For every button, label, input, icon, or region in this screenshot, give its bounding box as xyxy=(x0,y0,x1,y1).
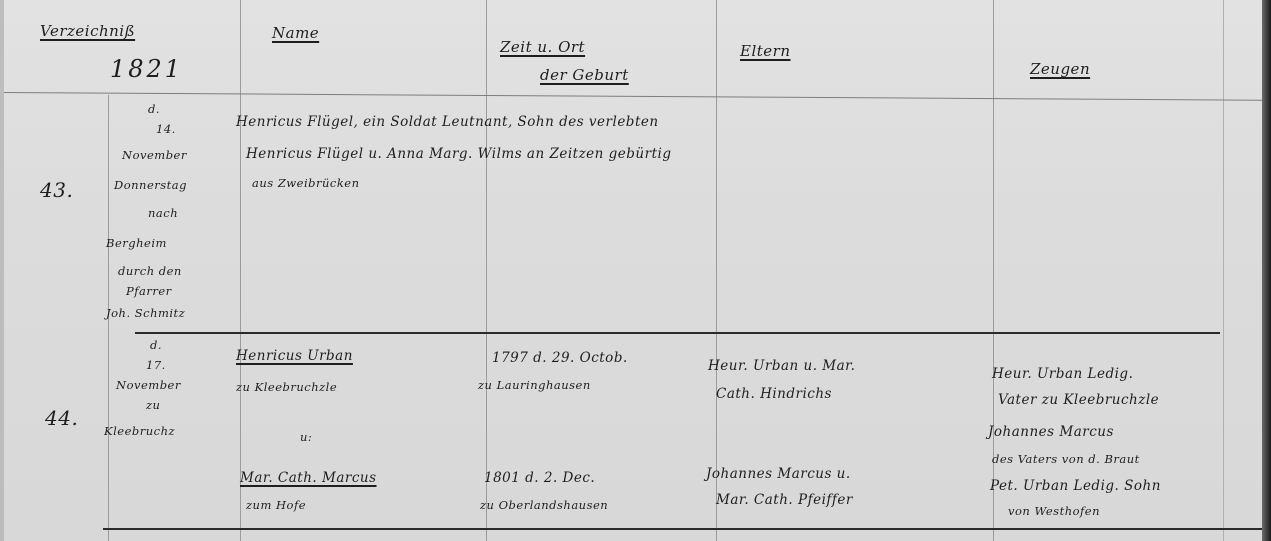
column-rule xyxy=(240,0,241,541)
conjunction: u: xyxy=(300,430,312,444)
header-witnesses-label: Zeugen xyxy=(1030,60,1090,78)
column-rule xyxy=(716,0,717,541)
entry-date-line: 17. xyxy=(146,358,166,372)
entry-separator xyxy=(135,332,1220,334)
entry-date-line: Donnerstag xyxy=(114,178,187,192)
bride-birth-date: 1801 d. 2. Dec. xyxy=(484,470,595,486)
bride-parents-line: Johannes Marcus u. xyxy=(706,466,851,482)
bride-parents-line: Mar. Cath. Pfeiffer xyxy=(716,492,853,508)
header-rule xyxy=(0,92,1262,101)
witness-line: von Westhofen xyxy=(1008,504,1100,518)
entry-date-line: nach xyxy=(148,206,178,220)
witness-line: Johannes Marcus xyxy=(988,424,1114,440)
entry-date-line: Bergheim xyxy=(106,236,167,250)
witness-line: Vater zu Kleebruchzle xyxy=(998,392,1159,408)
entry-date-line: Kleebruchz xyxy=(104,424,175,438)
witness-line: des Vaters von d. Braut xyxy=(992,452,1140,466)
groom-name: Henricus Urban xyxy=(236,348,353,364)
entry-number: 43. xyxy=(40,178,73,202)
header-birth-label: Zeit u. Ort xyxy=(500,38,585,56)
header-name-label: Name xyxy=(272,24,319,42)
entry-date-line: November xyxy=(116,378,181,392)
column-rule xyxy=(486,0,487,541)
entry-name-line: Henricus Flügel u. Anna Marg. Wilms an Z… xyxy=(246,146,671,162)
groom-place: zu Kleebruchzle xyxy=(236,380,337,394)
header-birth-sub: der Geburt xyxy=(540,66,629,84)
entry-name-line: aus Zweibrücken xyxy=(252,176,360,190)
entry-date-line: d. xyxy=(150,338,162,352)
column-rule xyxy=(1223,0,1224,541)
witness-line: Heur. Urban Ledig. xyxy=(992,366,1133,382)
entry-number: 44. xyxy=(45,406,78,430)
groom-birth-date: 1797 d. 29. Octob. xyxy=(492,350,628,366)
entry-date-line: d. xyxy=(148,102,160,116)
page-left-edge xyxy=(0,0,4,541)
witness-line: Pet. Urban Ledig. Sohn xyxy=(990,478,1161,494)
header-register-label: Verzeichniß xyxy=(40,22,135,40)
entry-date-line: zu xyxy=(146,398,160,412)
entry-date-line: Joh. Schmitz xyxy=(106,306,185,320)
bride-birth-place: zu Oberlandshausen xyxy=(480,498,608,512)
header-year: 1821 xyxy=(110,55,183,83)
entry-name-line: Henricus Flügel, ein Soldat Leutnant, So… xyxy=(236,114,659,130)
entry-separator xyxy=(103,528,1262,530)
header-parents-label: Eltern xyxy=(740,42,790,60)
page-binding-edge xyxy=(1262,0,1271,541)
groom-parents-line: Heur. Urban u. Mar. xyxy=(708,358,855,374)
bride-place: zum Hofe xyxy=(246,498,306,512)
groom-parents-line: Cath. Hindrichs xyxy=(716,386,832,402)
entry-date-line: 14. xyxy=(156,122,176,136)
entry-date-line: durch den xyxy=(118,264,182,278)
bride-name: Mar. Cath. Marcus xyxy=(240,470,377,486)
register-page: Verzeichniß 1821 Name Zeit u. Ort der Ge… xyxy=(0,0,1262,541)
entry-date-line: Pfarrer xyxy=(126,284,172,298)
groom-birth-place: zu Lauringhausen xyxy=(478,378,591,392)
entry-date-line: November xyxy=(122,148,187,162)
